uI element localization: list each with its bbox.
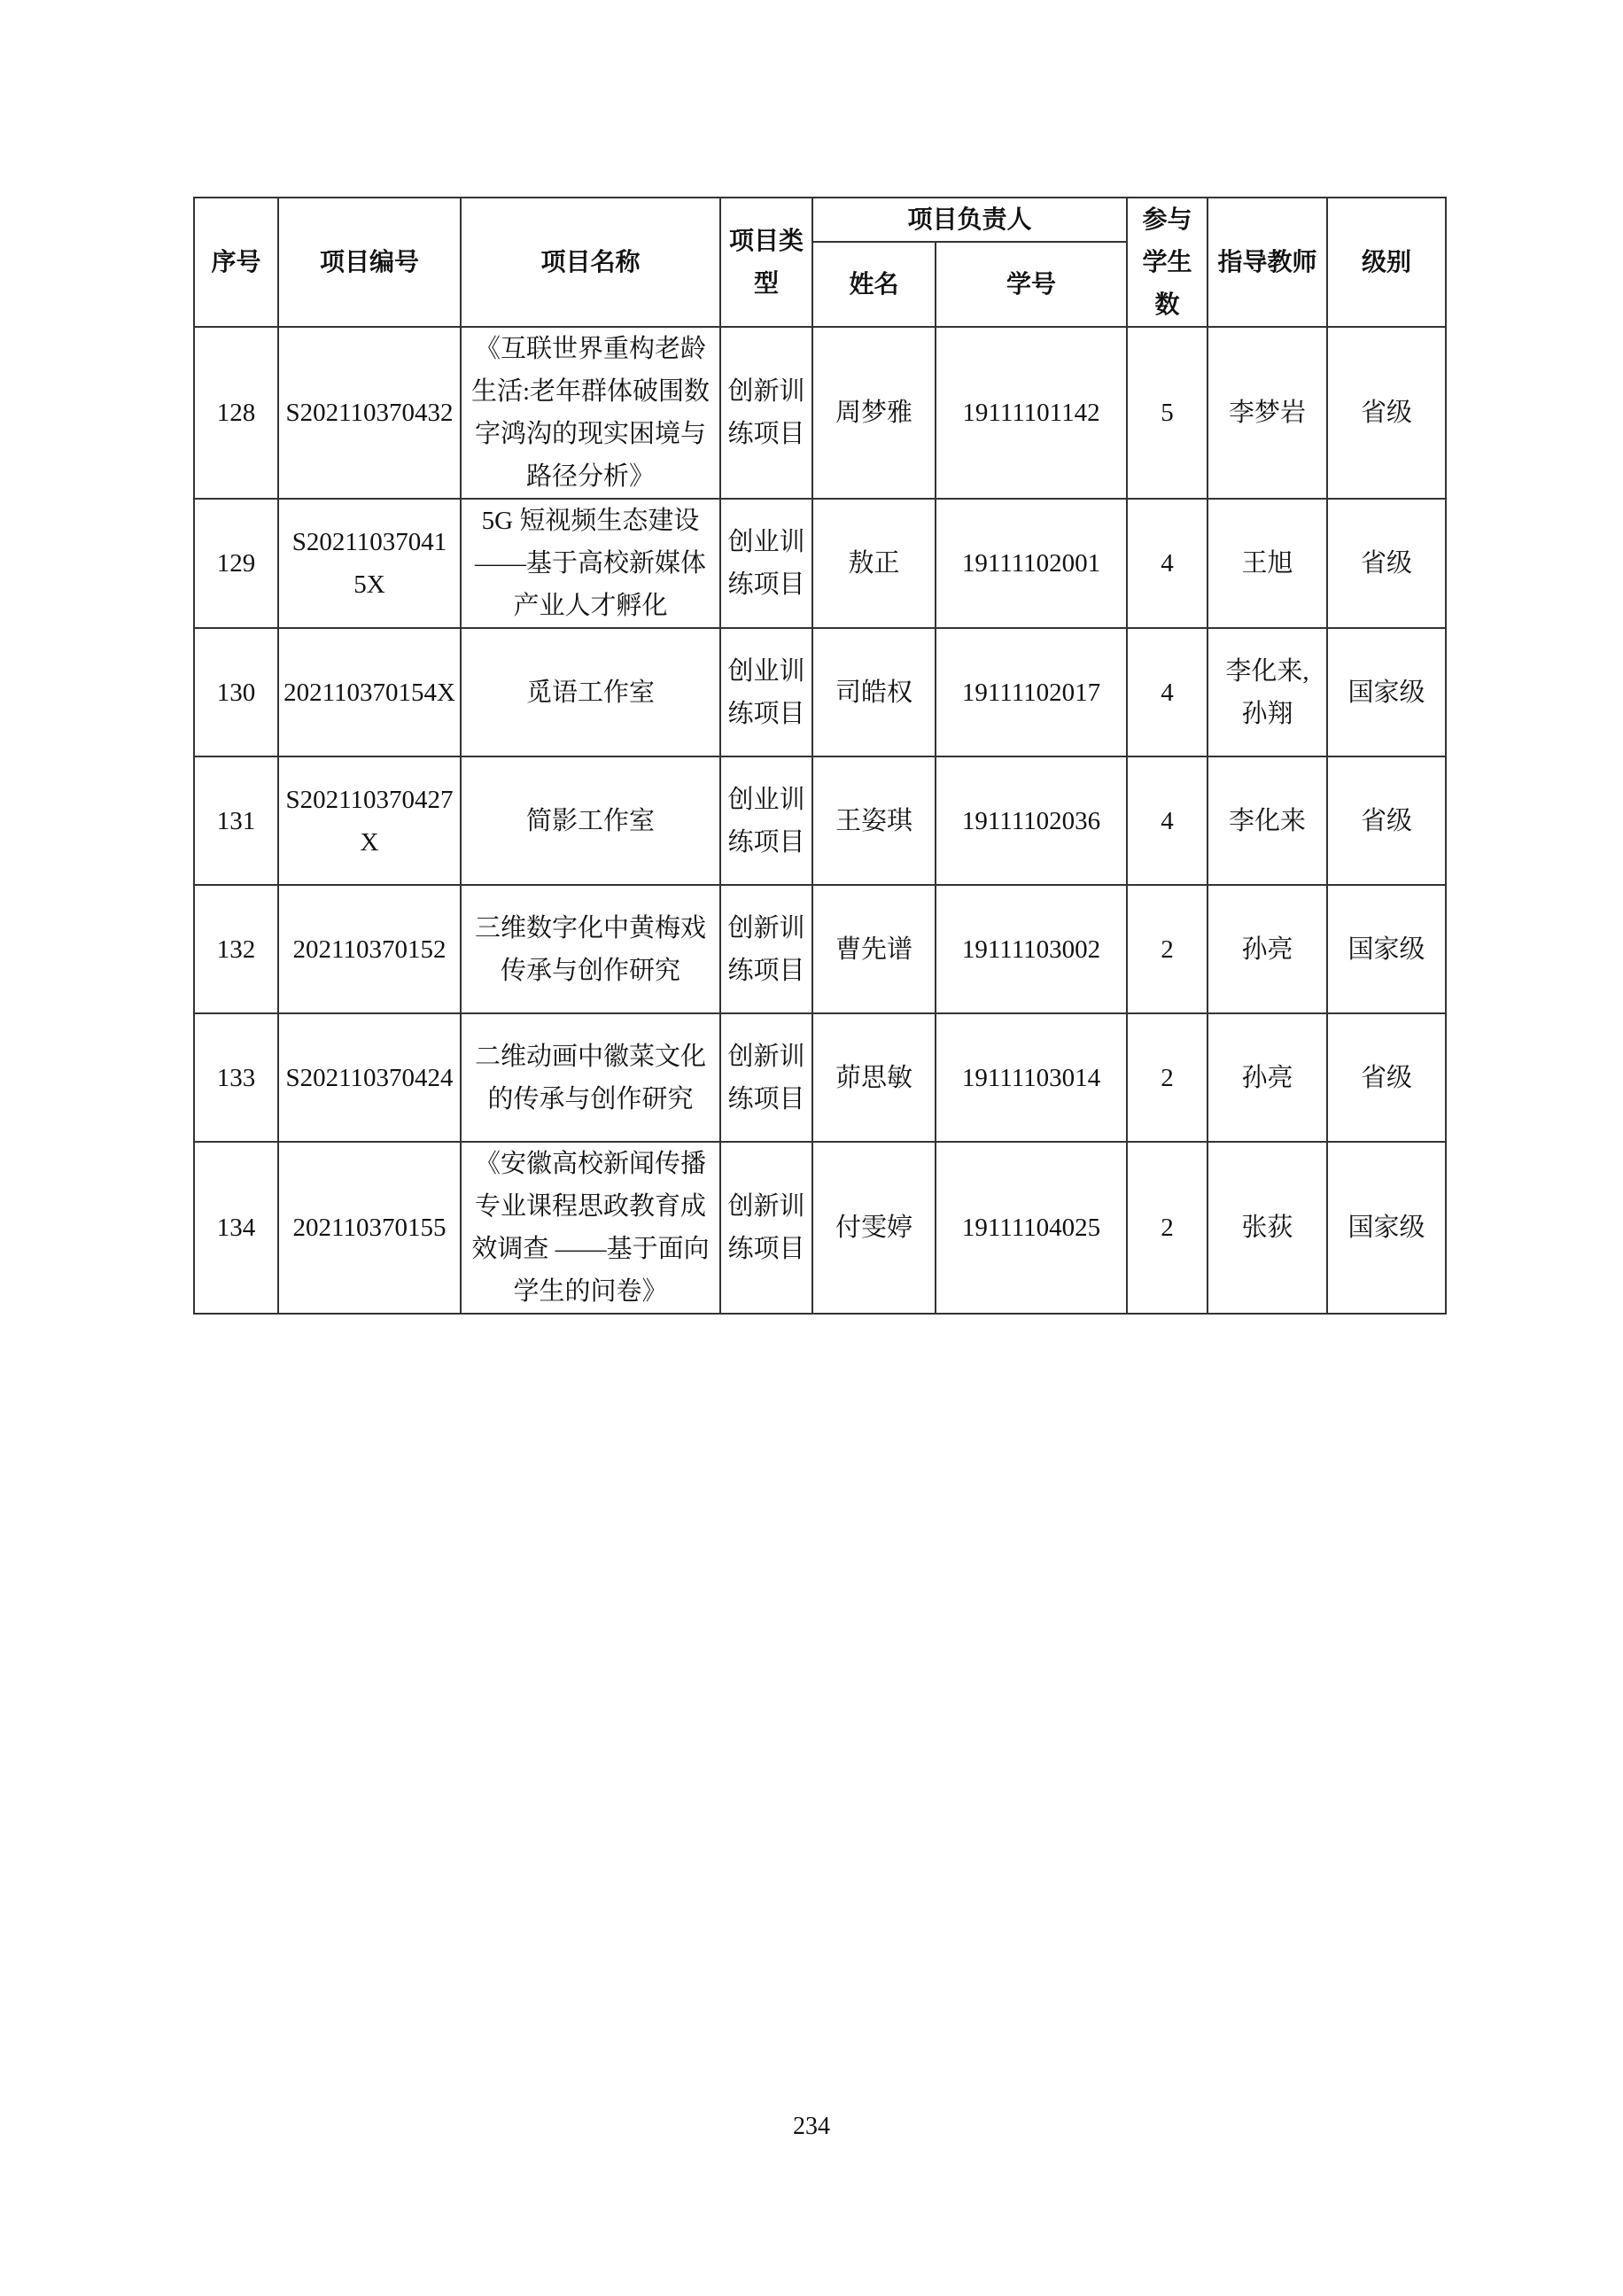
cell-project-name: 《安徽高校新闻传播专业课程思政教育成效调查 ——基于面向学生的问卷》	[461, 1142, 720, 1314]
cell-student-id: 19111102036	[936, 756, 1127, 885]
table-row: 130 202110370154X 觅语工作室 创业训练项目 司皓权 19111…	[194, 628, 1446, 756]
cell-project-id: 202110370154X	[278, 628, 461, 756]
cell-student-id: 19111102001	[936, 499, 1127, 628]
cell-advisor: 李化来, 孙翔	[1208, 628, 1327, 756]
table-row: 128 S202110370432 《互联世界重构老龄生活:老年群体破围数字鸿沟…	[194, 327, 1446, 499]
header-advisor: 指导教师	[1208, 198, 1327, 327]
header-leader-name: 姓名	[812, 242, 936, 327]
cell-advisor: 孙亮	[1208, 1013, 1327, 1142]
cell-advisor: 王旭	[1208, 499, 1327, 628]
cell-project-id: S202110370424	[278, 1013, 461, 1142]
cell-student-id: 19111104025	[936, 1142, 1127, 1314]
cell-project-name: 三维数字化中黄梅戏传承与创作研究	[461, 885, 720, 1013]
cell-leader-name: 周梦雅	[812, 327, 936, 499]
cell-level: 省级	[1327, 499, 1446, 628]
cell-level: 省级	[1327, 327, 1446, 499]
table-row: 131 S202110370427X 简影工作室 创业训练项目 王姿琪 1911…	[194, 756, 1446, 885]
cell-project-name: 简影工作室	[461, 756, 720, 885]
cell-participants: 2	[1127, 1013, 1208, 1142]
cell-project-id: 202110370152	[278, 885, 461, 1013]
cell-project-type: 创新训练项目	[720, 327, 812, 499]
header-project-id: 项目编号	[278, 198, 461, 327]
cell-project-id: S202110370427X	[278, 756, 461, 885]
table-row: 133 S202110370424 二维动画中徽菜文化的传承与创作研究 创新训练…	[194, 1013, 1446, 1142]
cell-participants: 4	[1127, 628, 1208, 756]
cell-project-name: 5G 短视频生态建设——基于高校新媒体产业人才孵化	[461, 499, 720, 628]
cell-level: 省级	[1327, 756, 1446, 885]
header-project-name: 项目名称	[461, 198, 720, 327]
header-participants: 参与学生数	[1127, 198, 1208, 327]
cell-seq: 130	[194, 628, 278, 756]
cell-seq: 131	[194, 756, 278, 885]
cell-project-id: 202110370155	[278, 1142, 461, 1314]
page-number: 234	[0, 2113, 1623, 2141]
table-row: 129 S20211037041 5X 5G 短视频生态建设——基于高校新媒体产…	[194, 499, 1446, 628]
cell-project-type: 创新训练项目	[720, 1013, 812, 1142]
cell-leader-name: 曹先谱	[812, 885, 936, 1013]
cell-participants: 4	[1127, 756, 1208, 885]
header-student-id: 学号	[936, 242, 1127, 327]
table-row: 132 202110370152 三维数字化中黄梅戏传承与创作研究 创新训练项目…	[194, 885, 1446, 1013]
cell-leader-name: 王姿琪	[812, 756, 936, 885]
cell-project-type: 创新训练项目	[720, 1142, 812, 1314]
cell-level: 国家级	[1327, 1142, 1446, 1314]
cell-participants: 4	[1127, 499, 1208, 628]
cell-project-name: 《互联世界重构老龄生活:老年群体破围数字鸿沟的现实困境与路径分析》	[461, 327, 720, 499]
cell-project-name: 觅语工作室	[461, 628, 720, 756]
header-leader-group: 项目负责人	[812, 198, 1127, 242]
cell-leader-name: 付雯婷	[812, 1142, 936, 1314]
cell-participants: 5	[1127, 327, 1208, 499]
cell-project-type: 创业训练项目	[720, 499, 812, 628]
cell-project-type: 创新训练项目	[720, 885, 812, 1013]
cell-student-id: 19111101142	[936, 327, 1127, 499]
cell-student-id: 19111103002	[936, 885, 1127, 1013]
cell-project-name: 二维动画中徽菜文化的传承与创作研究	[461, 1013, 720, 1142]
cell-participants: 2	[1127, 1142, 1208, 1314]
cell-advisor: 李化来	[1208, 756, 1327, 885]
cell-seq: 134	[194, 1142, 278, 1314]
cell-student-id: 19111103014	[936, 1013, 1127, 1142]
cell-advisor: 李梦岩	[1208, 327, 1327, 499]
cell-project-id: S20211037041 5X	[278, 499, 461, 628]
header-project-type: 项目类型	[720, 198, 812, 327]
cell-level: 国家级	[1327, 628, 1446, 756]
project-table: 序号 项目编号 项目名称 项目类型 项目负责人 参与学生数 指导教师 级别 姓名…	[193, 197, 1447, 1315]
cell-leader-name: 敖正	[812, 499, 936, 628]
cell-project-type: 创业训练项目	[720, 628, 812, 756]
cell-seq: 133	[194, 1013, 278, 1142]
cell-advisor: 张荻	[1208, 1142, 1327, 1314]
header-seq: 序号	[194, 198, 278, 327]
cell-project-id: S202110370432	[278, 327, 461, 499]
cell-participants: 2	[1127, 885, 1208, 1013]
cell-leader-name: 茆思敏	[812, 1013, 936, 1142]
cell-leader-name: 司皓权	[812, 628, 936, 756]
cell-project-type: 创业训练项目	[720, 756, 812, 885]
cell-seq: 132	[194, 885, 278, 1013]
cell-student-id: 19111102017	[936, 628, 1127, 756]
table-row: 134 202110370155 《安徽高校新闻传播专业课程思政教育成效调查 —…	[194, 1142, 1446, 1314]
cell-level: 国家级	[1327, 885, 1446, 1013]
cell-seq: 129	[194, 499, 278, 628]
cell-advisor: 孙亮	[1208, 885, 1327, 1013]
cell-seq: 128	[194, 327, 278, 499]
header-level: 级别	[1327, 198, 1446, 327]
cell-level: 省级	[1327, 1013, 1446, 1142]
document-page: 序号 项目编号 项目名称 项目类型 项目负责人 参与学生数 指导教师 级别 姓名…	[0, 0, 1623, 2296]
